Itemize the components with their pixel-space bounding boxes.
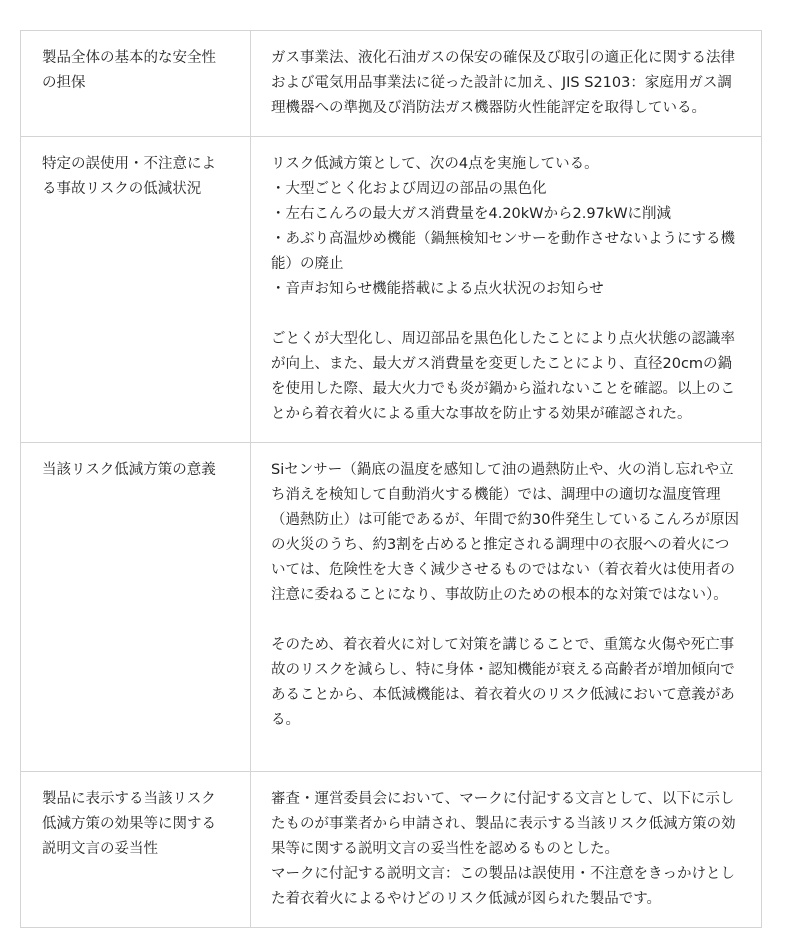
table-row: 特定の誤使用・不注意による事故リスクの低減状況 リスク低減方策として、次の4点を…	[21, 137, 762, 443]
row-label: 製品に表示する当該リスク低減方策の効果等に関する説明文言の妥当性	[21, 772, 251, 928]
row-content: Siセンサー（鍋底の温度を感知して油の過熱防止や、火の消し忘れや立ち消えを検知し…	[251, 443, 762, 772]
row-content: ガス事業法、液化石油ガスの保安の確保及び取引の適正化に関する法律および電気用品事…	[251, 31, 762, 137]
row-content: リスク低減方策として、次の4点を実施している。 ・大型ごとく化および周辺の部品の…	[251, 137, 762, 443]
evaluation-table: 製品全体の基本的な安全性の担保 ガス事業法、液化石油ガスの保安の確保及び取引の適…	[20, 30, 762, 928]
row-content: 審査・運営委員会において、マークに付記する文言として、以下に示したものが事業者か…	[251, 772, 762, 928]
table-row: 当該リスク低減方策の意義 Siセンサー（鍋底の温度を感知して油の過熱防止や、火の…	[21, 443, 762, 772]
row-label: 当該リスク低減方策の意義	[21, 443, 251, 772]
row-label: 特定の誤使用・不注意による事故リスクの低減状況	[21, 137, 251, 443]
table-row: 製品に表示する当該リスク低減方策の効果等に関する説明文言の妥当性 審査・運営委員…	[21, 772, 762, 928]
evaluation-table-container: 製品全体の基本的な安全性の担保 ガス事業法、液化石油ガスの保安の確保及び取引の適…	[20, 30, 762, 928]
row-label: 製品全体の基本的な安全性の担保	[21, 31, 251, 137]
table-row: 製品全体の基本的な安全性の担保 ガス事業法、液化石油ガスの保安の確保及び取引の適…	[21, 31, 762, 137]
